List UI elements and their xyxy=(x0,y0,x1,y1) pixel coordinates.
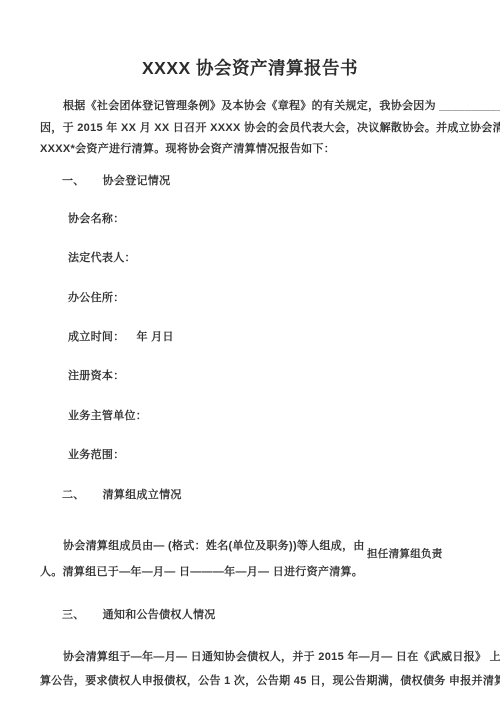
intro-line-1: 根据《社会团体登记管理条例》及本协会《章程》的有关规定，我协会因为 ______… xyxy=(63,99,500,113)
field-association-name: 协会名称： xyxy=(68,212,125,226)
field-label: 注册资本： xyxy=(68,370,125,382)
field-business-scope: 业务范围： xyxy=(68,448,125,462)
field-label: 业务主管单位： xyxy=(68,410,147,422)
section3-line-1: 协会清算组于—年—月— 日通知协会债权人，并于 2015 年—月— 日在《武威日… xyxy=(63,650,500,664)
section2-number: 二、 xyxy=(62,489,85,501)
section2-heading: 二、清算组成立情况 xyxy=(62,488,182,502)
section2-heading-text: 清算组成立情况 xyxy=(103,489,182,501)
section3-line-2: 算公告，要求债权人申报债权，公告 1 次，公告期 45 日，现公告期满，债权债务… xyxy=(40,674,500,688)
section1-heading: 一、协会登记情况 xyxy=(62,174,170,188)
intro-line-2: 因，于 2015 年 XX 月 XX 日召开 XXXX 协会的会员代表大会，决议… xyxy=(40,121,500,135)
field-registered-capital: 注册资本： xyxy=(68,369,125,383)
field-label: 法定代表人： xyxy=(68,252,136,264)
section3-number: 三、 xyxy=(62,609,85,621)
section2-side-note: 担任清算组负责 xyxy=(367,547,443,561)
section3-heading-text: 通知和公告债权人情况 xyxy=(103,609,216,621)
section2-line-1: 协会清算组成员由— (格式：姓名(单位及职务))等人组成，由 xyxy=(63,539,365,553)
field-value: 年 月日 xyxy=(137,331,174,343)
field-label: 协会名称： xyxy=(68,213,125,225)
field-label: 业务范围： xyxy=(68,449,125,461)
intro-line-3: XXXX*会资产进行清算。现将协会资产清算情况报告如下： xyxy=(40,142,335,156)
field-supervisory-unit: 业务主管单位： xyxy=(68,409,147,423)
section1-heading-text: 协会登记情况 xyxy=(103,175,171,187)
field-label: 成立时间： xyxy=(68,331,125,343)
field-legal-representative: 法定代表人： xyxy=(68,251,136,265)
field-establishment-date: 成立时间：年 月日 xyxy=(68,330,174,344)
section1-number: 一、 xyxy=(62,175,85,187)
section2-line-2: 人。清算组已于—年—月— 日———年—月— 日进行资产清算。 xyxy=(40,565,363,579)
section3-heading: 三、通知和公告债权人情况 xyxy=(62,608,216,622)
field-label: 办公住所： xyxy=(68,292,125,304)
field-office-address: 办公住所： xyxy=(68,291,125,305)
report-title: XXXX 协会资产清算报告书 xyxy=(0,55,500,80)
document-page: XXXX 协会资产清算报告书 根据《社会团体登记管理条例》及本协会《章程》的有关… xyxy=(0,0,500,708)
